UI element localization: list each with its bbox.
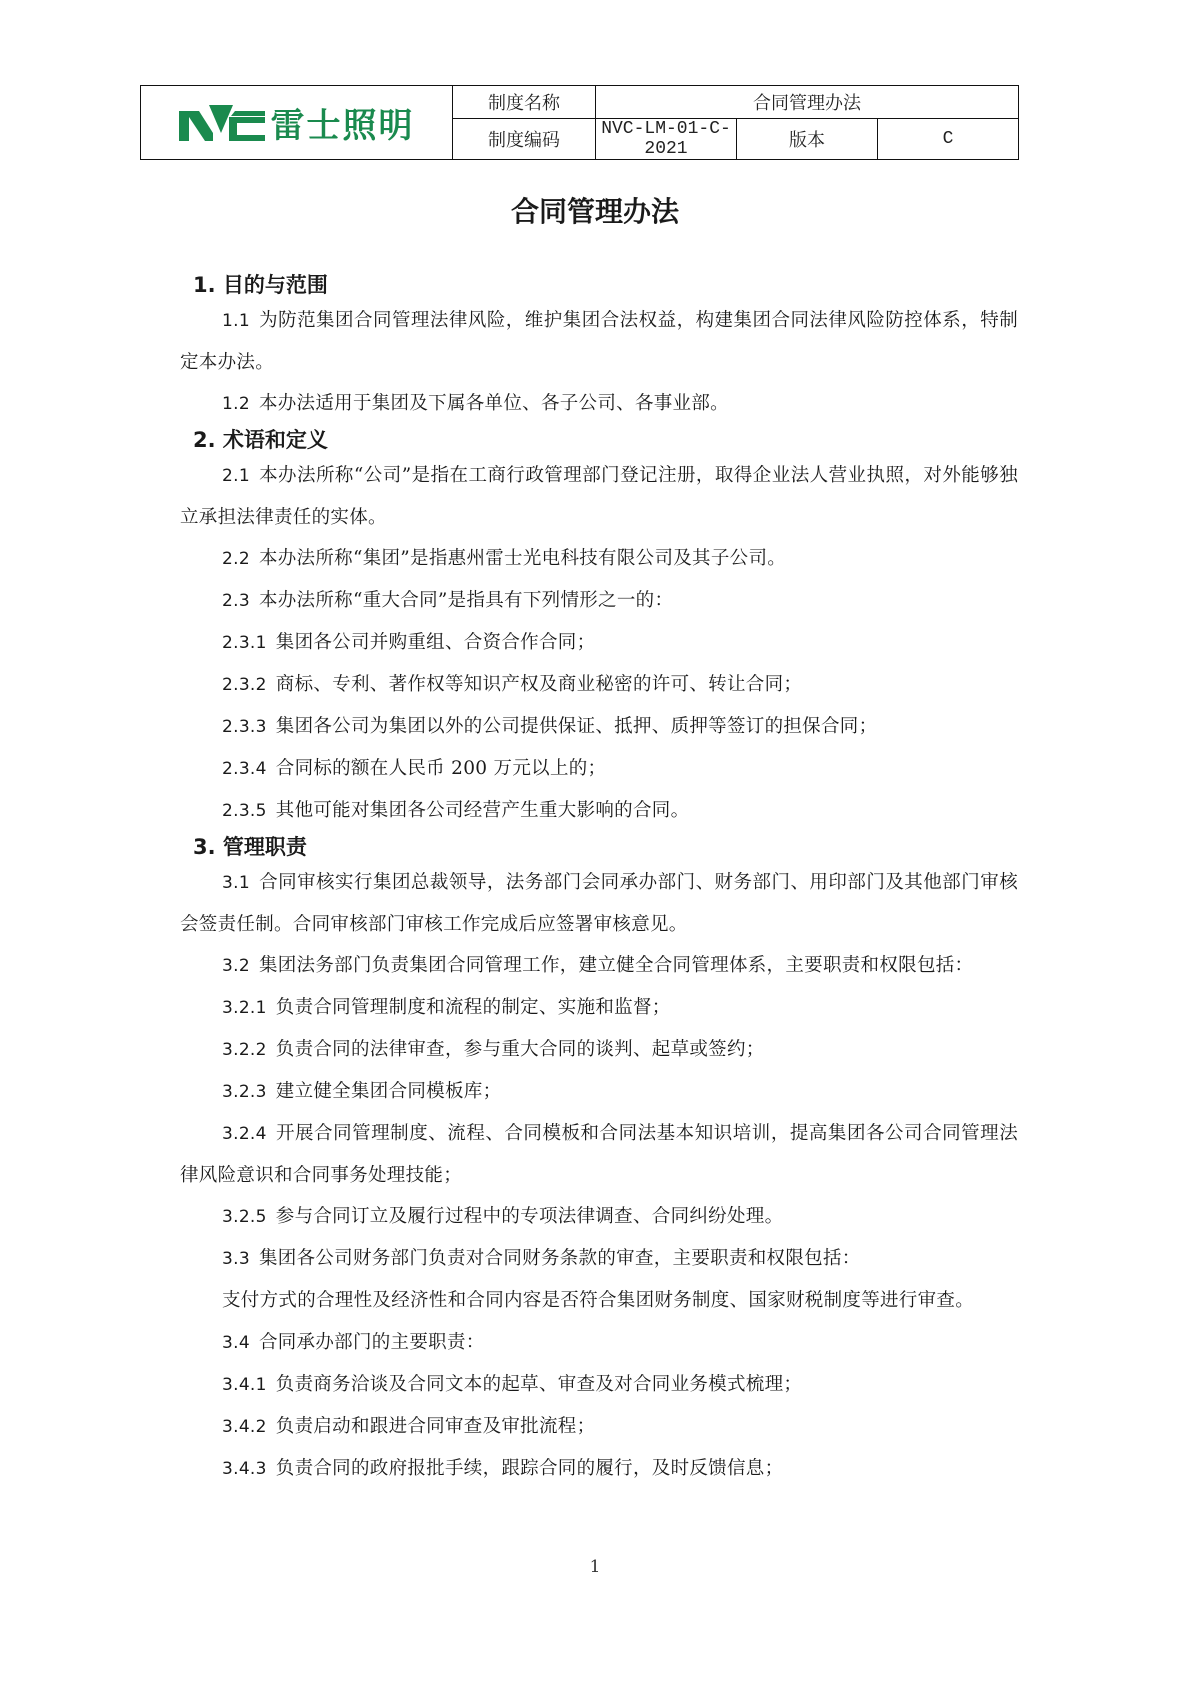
clause-text: 集团各公司为集团以外的公司提供保证、抵押、质押等签订的担保合同； xyxy=(276,716,878,737)
clause-number: 2.1 xyxy=(222,466,250,486)
clause-paragraph: 3.2.5参与合同订立及履行过程中的专项法律调查、合同纠纷处理。 xyxy=(180,1196,1018,1238)
clause-text: 开展合同管理制度、流程、合同模板和合同法基本知识培训，提高集团各公司合同管理法律… xyxy=(180,1123,1018,1186)
document-header-table: 雷士照明 制度名称 合同管理办法 制度编码 NVC-LM-01-C-2021 版… xyxy=(140,85,1019,160)
clause-paragraph: 3.4.3负责合同的政府报批手续，跟踪合同的履行，及时反馈信息； xyxy=(180,1448,1018,1490)
policy-name-label: 制度名称 xyxy=(453,86,596,119)
clause-text: 本办法适用于集团及下属各单位、各子公司、各事业部。 xyxy=(259,393,729,414)
clause-number: 3.4.1 xyxy=(222,1375,267,1395)
clause-text: 合同承办部门的主要职责： xyxy=(259,1332,485,1353)
clause-paragraph: 1.1为防范集团合同管理法律风险，维护集团合法权益，构建集团合同法律风险防控体系… xyxy=(180,300,1018,383)
policy-name-value: 合同管理办法 xyxy=(596,86,1019,119)
clause-text: 合同标的额在人民币 200 万元以上的； xyxy=(276,758,607,779)
policy-code-value: NVC-LM-01-C-2021 xyxy=(596,119,737,160)
clause-paragraph: 2.3.1集团各公司并购重组、合资合作合同； xyxy=(180,622,1018,664)
clause-paragraph: 2.3本办法所称“重大合同”是指具有下列情形之一的： xyxy=(180,580,1018,622)
clause-paragraph: 2.3.5其他可能对集团各公司经营产生重大影响的合同。 xyxy=(180,790,1018,832)
clause-number: 2.3.5 xyxy=(222,801,267,821)
section-heading: 2. 术语和定义 xyxy=(180,425,1018,455)
clause-text: 负责合同的政府报批手续，跟踪合同的履行，及时反馈信息； xyxy=(276,1458,784,1479)
clause-number: 2.3.2 xyxy=(222,675,267,695)
clause-number: 3.2.4 xyxy=(222,1124,267,1144)
nvc-logo: 雷士照明 xyxy=(179,98,415,147)
clause-text: 负责合同管理制度和流程的制定、实施和监督； xyxy=(276,997,671,1018)
nvc-mark-icon xyxy=(179,105,265,141)
clause-paragraph: 1.2本办法适用于集团及下属各单位、各子公司、各事业部。 xyxy=(180,383,1018,425)
clause-paragraph: 3.4.2负责启动和跟进合同审查及审批流程； xyxy=(180,1406,1018,1448)
clause-number: 2.3.3 xyxy=(222,717,267,737)
clause-number: 3.3 xyxy=(222,1249,250,1269)
clause-number: 1.2 xyxy=(222,394,250,414)
clause-text: 参与合同订立及履行过程中的专项法律调查、合同纠纷处理。 xyxy=(276,1206,784,1227)
clause-number: 3.2 xyxy=(222,956,250,976)
clause-number: 2.3.4 xyxy=(222,759,267,779)
clause-paragraph: 2.3.3集团各公司为集团以外的公司提供保证、抵押、质押等签订的担保合同； xyxy=(180,706,1018,748)
clause-number: 2.3.1 xyxy=(222,633,267,653)
clause-text: 本办法所称“集团”是指惠州雷士光电科技有限公司及其子公司。 xyxy=(259,548,786,569)
clause-number: 3.4.2 xyxy=(222,1417,267,1437)
clause-paragraph: 3.2.3建立健全集团合同模板库； xyxy=(180,1071,1018,1113)
clause-paragraph: 3.2.2负责合同的法律审查，参与重大合同的谈判、起草或签约； xyxy=(180,1029,1018,1071)
clause-number: 2.2 xyxy=(222,549,250,569)
clause-paragraph: 3.4合同承办部门的主要职责： xyxy=(180,1322,1018,1364)
clause-paragraph: 2.3.4合同标的额在人民币 200 万元以上的； xyxy=(180,748,1018,790)
clause-text: 其他可能对集团各公司经营产生重大影响的合同。 xyxy=(276,800,690,821)
clause-text: 负责启动和跟进合同审查及审批流程； xyxy=(276,1416,596,1437)
clause-text: 负责商务洽谈及合同文本的起草、审查及对合同业务模式梳理； xyxy=(276,1374,802,1395)
clause-text: 集团各公司财务部门负责对合同财务条款的审查，主要职责和权限包括： xyxy=(259,1248,861,1269)
clause-number: 3.2.5 xyxy=(222,1207,267,1227)
clause-number: 3.4.3 xyxy=(222,1459,267,1479)
clause-text: 合同审核实行集团总裁领导，法务部门会同承办部门、财务部门、用印部门及其他部门审核… xyxy=(180,872,1018,935)
clause-text: 负责合同的法律审查，参与重大合同的谈判、起草或签约； xyxy=(276,1039,765,1060)
clause-number: 3.4 xyxy=(222,1333,250,1353)
clause-paragraph: 2.3.2商标、专利、著作权等知识产权及商业秘密的许可、转让合同； xyxy=(180,664,1018,706)
clause-number: 1.1 xyxy=(222,311,250,331)
clause-paragraph: 2.1本办法所称“公司”是指在工商行政管理部门登记注册，取得企业法人营业执照，对… xyxy=(180,455,1018,538)
clause-text: 本办法所称“重大合同”是指具有下列情形之一的： xyxy=(259,590,673,611)
clause-paragraph: 3.4.1负责商务洽谈及合同文本的起草、审查及对合同业务模式梳理； xyxy=(180,1364,1018,1406)
clause-text: 商标、专利、著作权等知识产权及商业秘密的许可、转让合同； xyxy=(276,674,802,695)
clause-paragraph: 3.1合同审核实行集团总裁领导，法务部门会同承办部门、财务部门、用印部门及其他部… xyxy=(180,862,1018,945)
clause-text: 建立健全集团合同模板库； xyxy=(276,1081,502,1102)
clause-number: 3.2.2 xyxy=(222,1040,267,1060)
clause-text: 支付方式的合理性及经济性和合同内容是否符合集团财务制度、国家财税制度等进行审查。 xyxy=(222,1290,974,1311)
clause-text: 为防范集团合同管理法律风险，维护集团合法权益，构建集团合同法律风险防控体系，特制… xyxy=(180,310,1018,373)
section-heading: 3. 管理职责 xyxy=(180,832,1018,862)
version-label: 版本 xyxy=(737,119,878,160)
clause-paragraph: 3.2集团法务部门负责集团合同管理工作，建立健全合同管理体系，主要职责和权限包括… xyxy=(180,945,1018,987)
clause-paragraph: 3.3集团各公司财务部门负责对合同财务条款的审查，主要职责和权限包括： xyxy=(180,1238,1018,1280)
logo-text: 雷士照明 xyxy=(271,98,415,147)
clause-paragraph: 2.2本办法所称“集团”是指惠州雷士光电科技有限公司及其子公司。 xyxy=(180,538,1018,580)
version-value: C xyxy=(878,119,1019,160)
policy-code-label: 制度编码 xyxy=(453,119,596,160)
clause-text: 本办法所称“公司”是指在工商行政管理部门登记注册，取得企业法人营业执照，对外能够… xyxy=(180,465,1018,528)
clause-text: 集团各公司并购重组、合资合作合同； xyxy=(276,632,596,653)
clause-number: 3.2.1 xyxy=(222,998,267,1018)
document-title: 合同管理办法 xyxy=(0,190,1190,230)
page-number: 1 xyxy=(0,1557,1190,1577)
logo-cell: 雷士照明 xyxy=(141,86,453,160)
clause-paragraph: 3.2.4开展合同管理制度、流程、合同模板和合同法基本知识培训，提高集团各公司合… xyxy=(180,1113,1018,1196)
clause-number: 3.2.3 xyxy=(222,1082,267,1102)
clause-number: 2.3 xyxy=(222,591,250,611)
clause-number: 3.1 xyxy=(222,873,250,893)
clause-paragraph: 支付方式的合理性及经济性和合同内容是否符合集团财务制度、国家财税制度等进行审查。 xyxy=(180,1280,1018,1322)
clause-text: 集团法务部门负责集团合同管理工作，建立健全合同管理体系，主要职责和权限包括： xyxy=(259,955,973,976)
section-heading: 1. 目的与范围 xyxy=(180,270,1018,300)
clause-paragraph: 3.2.1负责合同管理制度和流程的制定、实施和监督； xyxy=(180,987,1018,1029)
document-body: 1. 目的与范围1.1为防范集团合同管理法律风险，维护集团合法权益，构建集团合同… xyxy=(180,270,1018,1490)
